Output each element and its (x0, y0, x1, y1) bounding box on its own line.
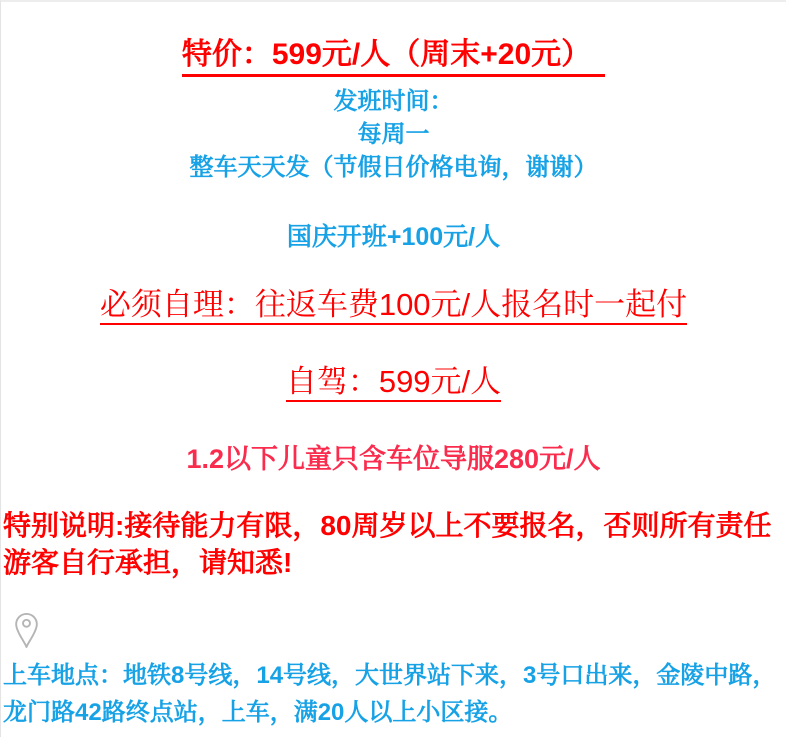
self-drive-price-text: 自驾：599元/人 (286, 364, 501, 402)
price-headline: 特价：599元/人（周末+20元） (1, 37, 786, 77)
self-pay-bus-fee-text: 必须自理：往返车费100元/人报名时一起付 (100, 287, 687, 325)
location-pin-icon (13, 611, 786, 654)
child-price-line: 1.2以下儿童只含车位导服280元/人 (1, 444, 786, 474)
national-day-surcharge-line: 国庆开班+100元/人 (1, 222, 786, 252)
self-pay-bus-fee-line: 必须自理：往返车费100元/人报名时一起付 (1, 287, 786, 325)
departure-time-heading: 发班时间： (1, 85, 786, 118)
special-note-paragraph: 特别说明:接待能力有限，80周岁以上不要报名，否则所有责任游客自行承担，请知悉! (1, 507, 786, 581)
pickup-location-paragraph: 上车地点：地铁8号线，14号线，大世界站下来，3号口出来，金陵中路，龙门路42路… (1, 657, 786, 731)
price-headline-text: 特价：599元/人（周末+20元） (182, 37, 605, 77)
flyer-page: 特价：599元/人（周末+20元） 发班时间： 每周一 整车天天发（节假日价格电… (1, 2, 786, 737)
departure-day-line: 每周一 (1, 118, 786, 151)
location-pin-row (1, 611, 786, 654)
self-drive-price-line: 自驾：599元/人 (1, 364, 786, 402)
charter-daily-line: 整车天天发（节假日价格电询，谢谢） (1, 151, 786, 184)
